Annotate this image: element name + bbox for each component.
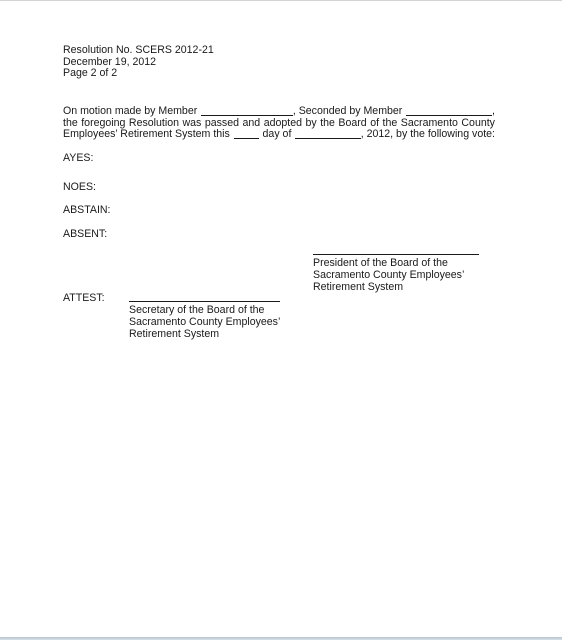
month-blank — [295, 129, 360, 139]
secretary-title-line-2: Sacramento County Employees’ — [129, 316, 280, 328]
seconded-member-blank — [406, 106, 492, 116]
paragraph-line-3: Employees’ Retirement System this day of… — [63, 129, 495, 141]
secretary-signature-block: Secretary of the Board of the Sacramento… — [129, 304, 280, 340]
president-title-line-2: Sacramento County Employees’ — [313, 269, 464, 281]
paragraph-line-1: On motion made by Member , Seconded by M… — [63, 106, 495, 118]
motion-member-blank — [201, 106, 293, 116]
motion-paragraph: On motion made by Member , Seconded by M… — [63, 106, 495, 141]
retirement-system-text: Employees’ Retirement System this — [63, 129, 230, 141]
secretary-title-line-3: Retirement System — [129, 328, 280, 340]
noes-label: NOES: — [63, 181, 96, 193]
seconded-text: , Seconded by Member — [293, 106, 403, 118]
paragraph-word: the — [320, 118, 335, 130]
attest-label: ATTEST: — [63, 292, 105, 304]
motion-text: On motion made by Member — [63, 106, 197, 118]
president-signature-line — [313, 254, 479, 255]
president-title-line-1: President of the Board of the — [313, 257, 464, 269]
ayes-label: AYES: — [63, 152, 93, 164]
vote-text: , 2012, by the following vote: — [361, 129, 495, 141]
day-of-text: day of — [263, 129, 292, 141]
absent-label: ABSENT: — [63, 228, 107, 240]
paragraph-word: by — [305, 118, 316, 130]
secretary-signature-line — [129, 301, 280, 302]
paragraph-word: and — [243, 118, 261, 130]
day-blank — [234, 129, 259, 139]
document-header: Resolution No. SCERS 2012-21 December 19… — [63, 45, 214, 80]
president-title-line-3: Retirement System — [313, 281, 464, 293]
president-signature-block: President of the Board of the Sacramento… — [313, 257, 464, 293]
secretary-title-line-1: Secretary of the Board of the — [129, 304, 280, 316]
page-number: Page 2 of 2 — [63, 68, 214, 80]
resolution-number: Resolution No. SCERS 2012-21 — [63, 45, 214, 57]
abstain-label: ABSTAIN: — [63, 204, 111, 216]
document-page: Resolution No. SCERS 2012-21 December 19… — [0, 0, 562, 637]
comma-text: , — [492, 106, 495, 118]
